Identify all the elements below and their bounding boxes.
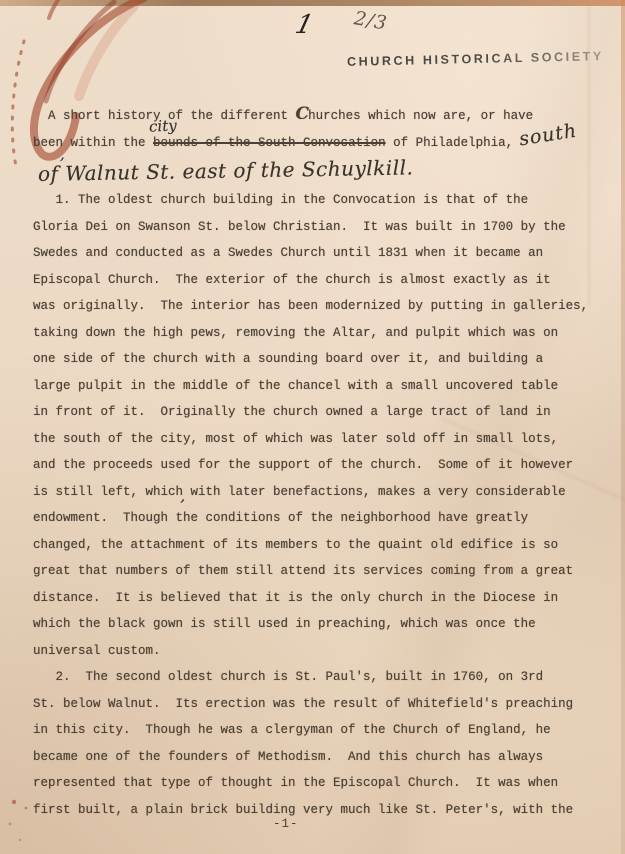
title-line-1-post: hurches which now are, or have: [308, 109, 533, 123]
typed-line: in front of it. Originally the church ow…: [33, 399, 608, 426]
title-line-2-pre: been within the: [33, 136, 153, 150]
handwritten-insert-city: city: [148, 112, 177, 140]
typed-text-block: A short history of the different Churche…: [33, 101, 608, 823]
struck-through-text: bounds of the South Convocation: [153, 136, 386, 150]
scan-right-edge: [621, 0, 625, 854]
typed-line: changed, the attachment of its members t…: [33, 532, 608, 559]
typed-line: first built, a plain brick building very…: [33, 797, 608, 824]
typed-line: became one of the founders of Methodism.…: [33, 744, 608, 771]
footer-page-number: -1-: [273, 817, 299, 831]
typed-line: one side of the church with a sounding b…: [33, 346, 608, 373]
handwritten-page-number: 1: [292, 10, 316, 40]
pencil-fraction-mark: 2/3: [352, 7, 389, 34]
typed-line: in this city. Though he was a clergyman …: [33, 717, 608, 744]
typed-line: great that numbers of them still attend …: [33, 558, 608, 585]
paragraph-1: 1. The oldest church building in the Con…: [33, 187, 608, 664]
handwritten-capital-c: C: [296, 104, 309, 124]
typed-line: universal custom.: [33, 638, 608, 665]
typed-line: represented that type of thought in the …: [33, 770, 608, 797]
title-line-2-post: of Philadelphia,: [386, 136, 514, 150]
typed-line: is still left, which with later benefact…: [33, 479, 608, 506]
typed-line: Swedes and conducted as a Swedes Church …: [33, 240, 608, 267]
typed-line: distance. It is believed that it is the …: [33, 585, 608, 612]
typed-line: Episcopal Church. The exterior of the ch…: [33, 267, 608, 294]
document-page: 1 2/3 CHURCH HISTORICAL SOCIETY A short …: [0, 0, 625, 854]
typed-line: and the proceeds used for the support of…: [33, 452, 608, 479]
typed-line: St. below Walnut. Its erection was the r…: [33, 691, 608, 718]
typed-line: endowment. Though the conditions of the …: [33, 505, 608, 532]
typed-line: 1. The oldest church building in the Con…: [33, 187, 608, 214]
society-stamp: CHURCH HISTORICAL SOCIETY: [347, 49, 604, 69]
typed-line: was originally. The interior has been mo…: [33, 293, 608, 320]
typed-line: which the black gown is still used in pr…: [33, 611, 608, 638]
typed-line: Gloria Dei on Swanson St. below Christia…: [33, 214, 608, 241]
typed-line: taking down the high pews, removing the …: [33, 320, 608, 347]
handwritten-title-continuation: of Walnut St. east of the Schuylkill.: [33, 151, 608, 192]
typed-line: the south of the city, most of which was…: [33, 426, 608, 453]
typed-line: 2. The second oldest church is St. Paul'…: [33, 664, 608, 691]
typed-line: large pulpit in the middle of the chance…: [33, 373, 608, 400]
paragraph-2: 2. The second oldest church is St. Paul'…: [33, 664, 608, 823]
